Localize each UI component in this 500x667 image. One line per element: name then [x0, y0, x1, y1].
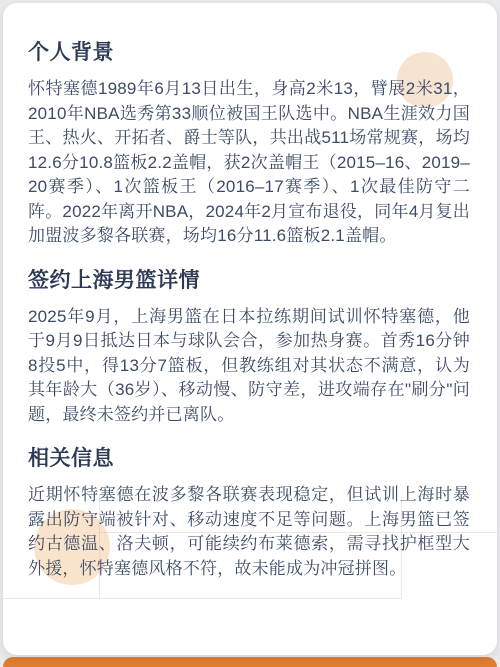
decor-grid-line-horizontal-lower [3, 598, 402, 599]
article-content: 个人背景 怀特塞德1989年6月13日出生，身高2米13，臂展2米31，2010… [3, 3, 497, 581]
section-heading-shanghai-signing-details: 签约上海男篮详情 [28, 264, 470, 294]
section-heading-related-info: 相关信息 [28, 442, 470, 472]
section-heading-personal-background: 个人背景 [28, 36, 470, 66]
section-body-personal-background: 怀特塞德1989年6月13日出生，身高2米13，臂展2米31，2010年NBA选… [28, 77, 470, 249]
section-body-shanghai-signing-details: 2025年9月，上海男篮在日本拉练期间试训怀特塞德，他于9月9日抵达日本与球队会… [28, 305, 470, 428]
section-body-related-info: 近期怀特塞德在波多黎各联赛表现稳定，但试训上海时暴露出防守端被针对、移动速度不足… [28, 483, 470, 581]
page-background: 个人背景 怀特塞德1989年6月13日出生，身高2米13，臂展2米31，2010… [0, 0, 500, 667]
bottom-accent-bar [3, 657, 497, 667]
content-card: 个人背景 怀特塞德1989年6月13日出生，身高2米13，臂展2米31，2010… [3, 3, 497, 655]
